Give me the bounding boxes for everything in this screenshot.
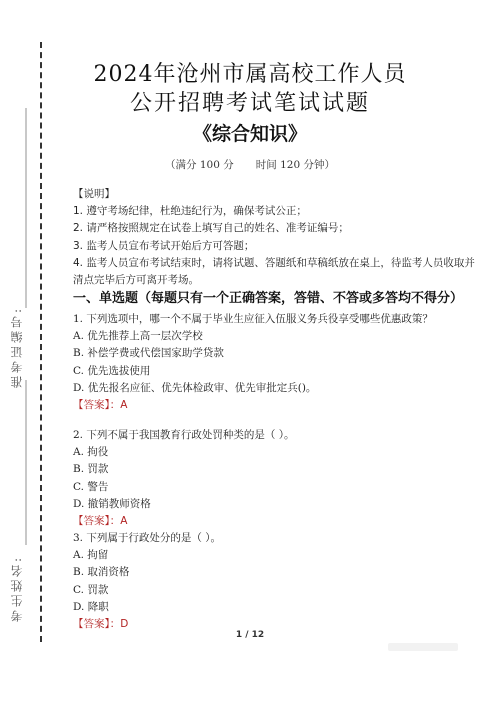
option-c: C. 优先选拔使用 xyxy=(73,363,483,380)
instruction-item: 3. 监考人员宣布考试开始后方可答题； xyxy=(73,238,483,255)
option-b: B. 补偿学费或代偿国家助学贷款 xyxy=(73,345,483,362)
question-stem: 2. 下列不属于我国教育行政处罚种类的是（ ）。 xyxy=(73,427,483,444)
exam-id-label: 准考证编号: xyxy=(8,306,25,388)
option-d: D. 撤销教师资格 xyxy=(73,496,483,513)
exam-meta: （满分 100 分时间 120 分钟） xyxy=(0,157,500,172)
option-d: D. 降职 xyxy=(73,599,483,616)
option-c: C. 警告 xyxy=(73,479,483,496)
page-title-line1: 2024年沧州市属高校工作人员 xyxy=(0,57,500,88)
candidate-name-label: 考生姓名: xyxy=(8,555,25,622)
page-number: 1 / 12 xyxy=(0,630,500,640)
question: 3. 下列属于行政处分的是（ ）。 A. 拘留 B. 取消资格 C. 罚款 D.… xyxy=(73,530,483,633)
instructions: 【说明】 1. 遵守考场纪律，杜绝违纪行为，确保考试公正； 2. 请严格按照规定… xyxy=(73,186,483,289)
page-title-line2: 公开招聘考试笔试试题 xyxy=(0,86,500,117)
full-score: （满分 100 分 xyxy=(165,159,234,171)
instruction-item: 4. 监考人员宣布考试结束时，请将试题、答题纸和草稿纸放在桌上，待监考人员收取并… xyxy=(73,255,483,289)
question: 1. 下列选项中，哪一个不属于毕业生应征入伍服义务兵役享受哪些优惠政策？ A. … xyxy=(73,311,483,414)
option-b: B. 罚款 xyxy=(73,461,483,478)
question-stem: 3. 下列属于行政处分的是（ ）。 xyxy=(73,530,483,547)
answer: 【答案】：A xyxy=(73,397,483,414)
instructions-heading: 【说明】 xyxy=(73,186,483,203)
option-d: D. 优先报名应征、优先体检政审、优先审批定兵()。 xyxy=(73,380,483,397)
instruction-item: 2. 请严格按照规定在试卷上填写自己的姓名、准考证编号； xyxy=(73,220,483,237)
option-a: A. 优先推荐上高一层次学校 xyxy=(73,328,483,345)
question: 2. 下列不属于我国教育行政处罚种类的是（ ）。 A. 拘役 B. 罚款 C. … xyxy=(73,427,483,530)
option-a: A. 拘役 xyxy=(73,444,483,461)
option-b: B. 取消资格 xyxy=(73,564,483,581)
subject-title: 《综合知识》 xyxy=(0,119,500,146)
binding-line xyxy=(25,380,27,545)
duration: 时间 120 分钟） xyxy=(256,159,335,171)
question-stem: 1. 下列选项中，哪一个不属于毕业生应征入伍服义务兵役享受哪些优惠政策？ xyxy=(73,311,483,328)
instruction-item: 1. 遵守考场纪律，杜绝违纪行为，确保考试公正； xyxy=(73,203,483,220)
option-a: A. 拘留 xyxy=(73,547,483,564)
answer: 【答案】：A xyxy=(73,513,483,530)
watermark xyxy=(388,643,458,651)
section-title: 一、单选题（每题只有一个正确答案，答错、不答或多答均不得分） xyxy=(73,287,463,306)
option-c: C. 罚款 xyxy=(73,582,483,599)
